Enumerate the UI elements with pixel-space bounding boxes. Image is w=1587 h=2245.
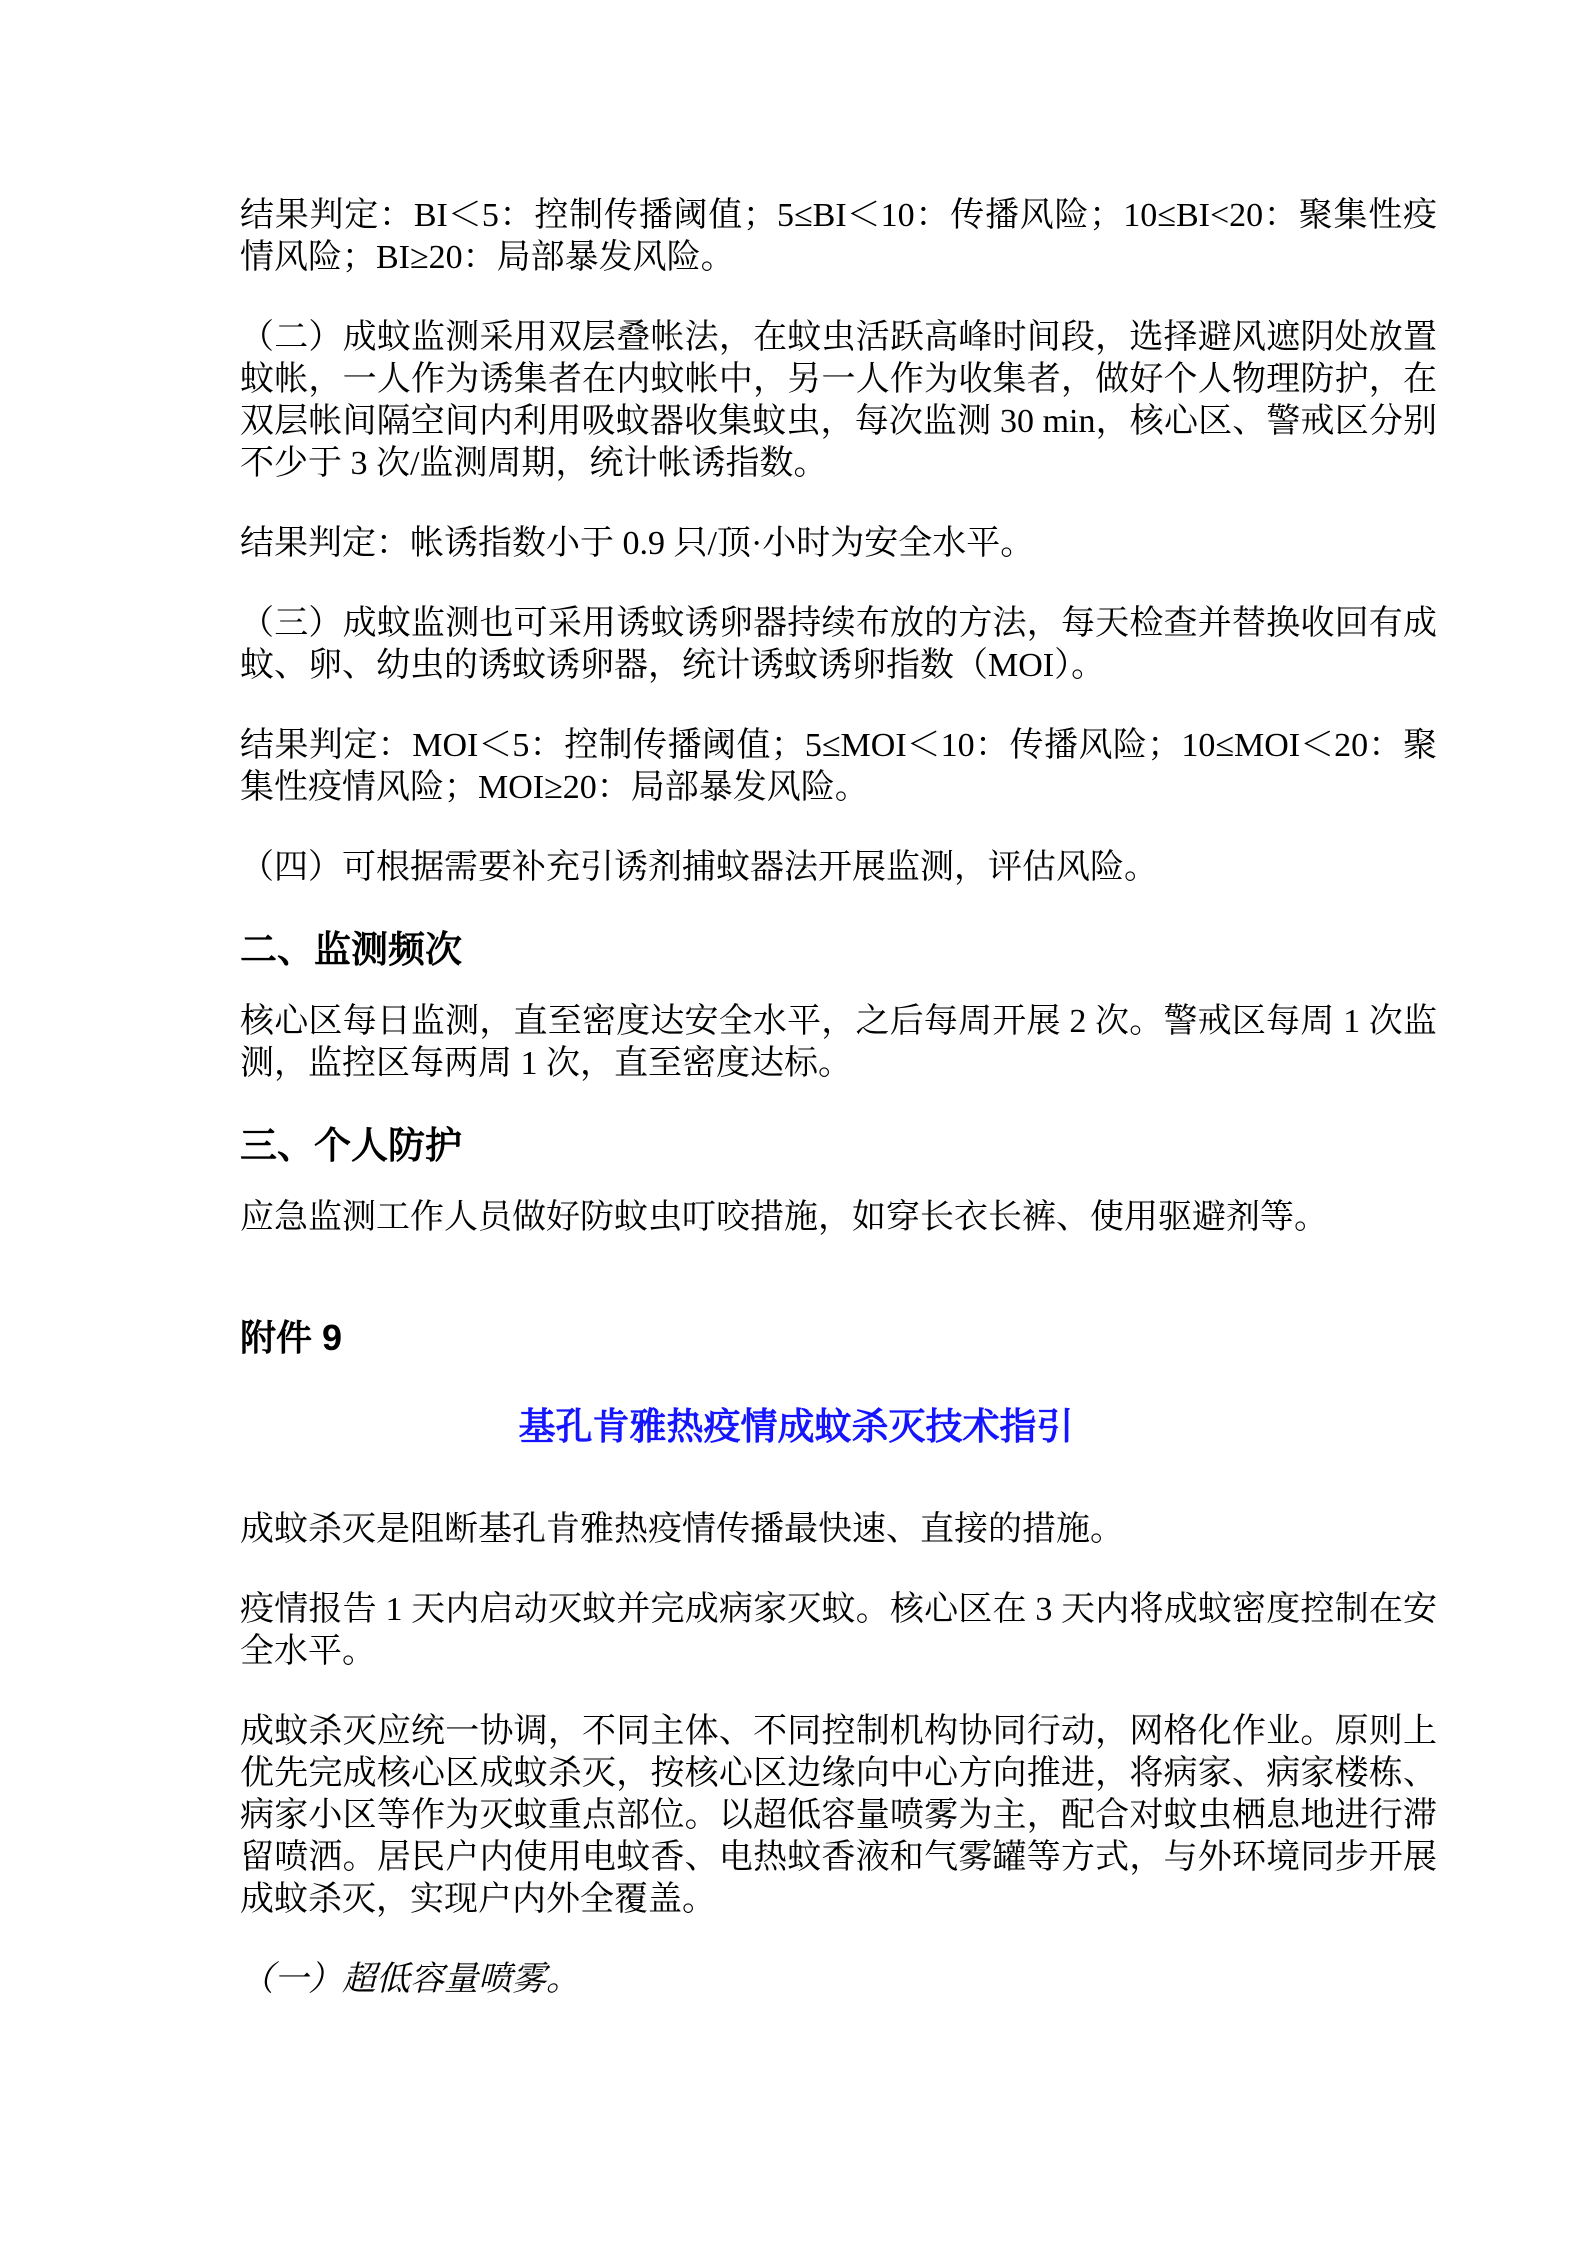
document-title: 基孔肯雅热疫情成蚊杀灭技术指引 [155,1403,1437,1453]
attachment-number-label: 附件 9 [240,1317,1437,1359]
paragraph-killing-intro: 成蚊杀灭是阻断基孔肯雅热疫情传播最快速、直接的措施。 [240,1509,1437,1551]
paragraph-ulv-spray-item: （一）超低容量喷雾。 [240,1959,1437,2001]
document-page: 结果判定：BI＜5：控制传播阈值；5≤BI＜10：传播风险；10≤BI<20：聚… [0,0,1587,2245]
paragraph-ovitrap-method: （三）成蚊监测也可采用诱蚊诱卵器持续布放的方法，每天检查并替换收回有成蚊、卵、幼… [240,603,1437,687]
heading-monitoring-frequency: 二、监测频次 [240,927,1437,973]
paragraph-monitoring-frequency: 核心区每日监测，直至密度达安全水平，之后每周开展 2 次。警戒区每周 1 次监测… [240,1001,1437,1085]
heading-personal-protection: 三、个人防护 [240,1123,1437,1169]
paragraph-personal-protection: 应急监测工作人员做好防蚊虫叮咬措施，如穿长衣长裤、使用驱避剂等。 [240,1197,1437,1239]
paragraph-supplement-monitoring: （四）可根据需要补充引诱剂捕蚊器法开展监测，评估风险。 [240,847,1437,889]
paragraph-killing-coordination: 成蚊杀灭应统一协调，不同主体、不同控制机构协同行动，网格化作业。原则上优先完成核… [240,1711,1437,1921]
paragraph-double-net-method: （二）成蚊监测采用双层叠帐法，在蚊虫活跃高峰时间段，选择避风遮阴处放置蚊帐，一人… [240,317,1437,485]
paragraph-killing-timeline: 疫情报告 1 天内启动灭蚊并完成病家灭蚊。核心区在 3 天内将成蚊密度控制在安全… [240,1589,1437,1673]
paragraph-moi-result: 结果判定：MOI＜5：控制传播阈值；5≤MOI＜10：传播风险；10≤MOI＜2… [240,725,1437,809]
paragraph-net-index-result: 结果判定：帐诱指数小于 0.9 只/顶·小时为安全水平。 [240,523,1437,565]
paragraph-bi-result: 结果判定：BI＜5：控制传播阈值；5≤BI＜10：传播风险；10≤BI<20：聚… [240,195,1437,279]
